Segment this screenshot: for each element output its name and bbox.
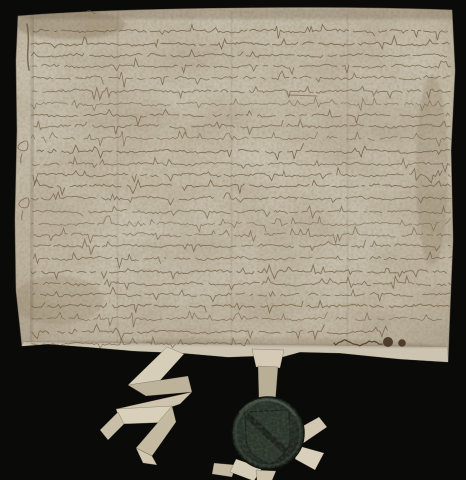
fold-crease bbox=[231, 12, 232, 352]
wax-seal: heater shield with a bend bbox=[232, 397, 304, 469]
stain bbox=[416, 75, 448, 265]
ink-blob bbox=[398, 339, 406, 347]
seal-texture bbox=[232, 397, 304, 469]
photo-stage: Photograph of a medieval parchment chart… bbox=[0, 0, 466, 480]
fold-crease bbox=[117, 14, 118, 348]
ink-blob bbox=[383, 337, 393, 347]
fold-crease bbox=[347, 12, 348, 352]
tag-fold bbox=[252, 349, 284, 368]
script-stroke bbox=[27, 24, 29, 70]
charter-photo: Photograph of a medieval parchment chart… bbox=[0, 0, 466, 480]
tag-end bbox=[256, 470, 276, 480]
